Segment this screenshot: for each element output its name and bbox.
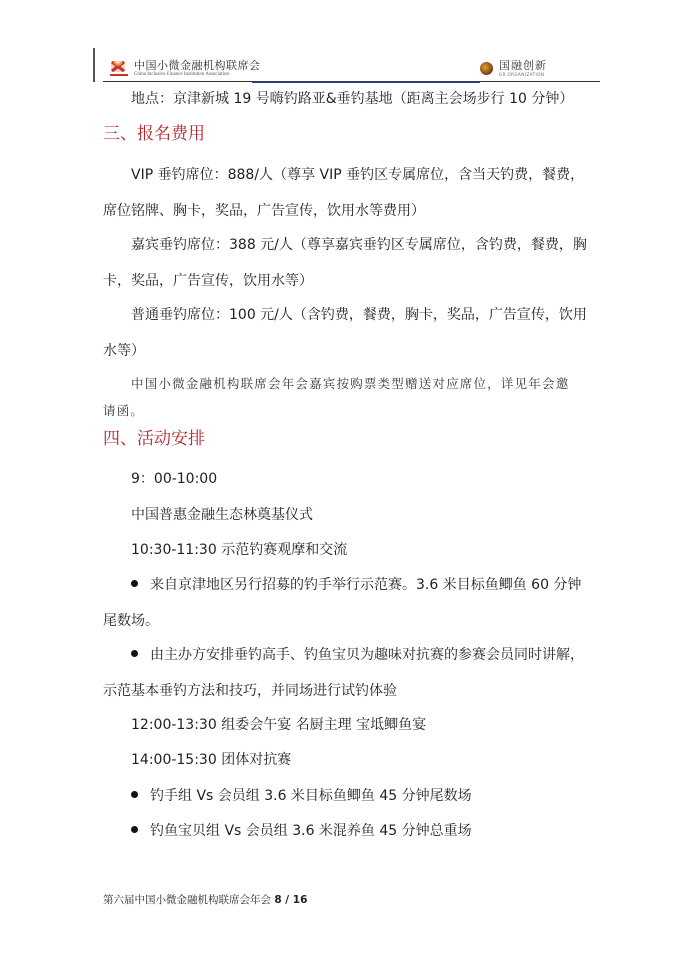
bullet-item-4: 钓鱼宝贝组 Vs 会员组 3.6 米混养鱼 45 分钟总重场 <box>131 822 472 840</box>
header-vertical-rule <box>93 48 95 82</box>
note-line1: 中国小微金融机构联席会年会嘉宾按购票类型赠送对应席位，详见年会邀 <box>131 375 569 393</box>
header-rule-accent <box>252 81 480 83</box>
guorong-logo-icon <box>480 62 493 75</box>
bullet-item-2-text: 由主办方安排垂钓高手、钓鱼宝贝为趣味对抗赛的参赛会员同时讲解， <box>150 647 584 663</box>
bullet-item-2-cont: 示范基本垂钓方法和技巧，并同场进行试钓体验 <box>103 682 397 700</box>
right-logo: 国融创新 GR.ORGANIZATION <box>480 60 547 77</box>
guest-seat-line2: 卡，奖品，广告宣传，饮用水等） <box>103 272 313 290</box>
bullet-icon <box>131 791 138 798</box>
vip-seat-line2: 席位铭牌、胸卡，奖品，广告宣传，饮用水等费用） <box>103 202 425 220</box>
location-line: 地点：京津新城 19 号嗨钓路亚&垂钓基地（距离主会场步行 10 分钟） <box>131 90 573 108</box>
bullet-icon <box>131 650 138 657</box>
schedule-time-1: 9：00-10:00 <box>131 470 217 488</box>
bullet-icon <box>131 580 138 587</box>
schedule-time-4: 14:00-15:30 团体对抗赛 <box>131 751 291 769</box>
bullet-item-1-text: 来自京津地区另行招募的钓手举行示范赛。3.6 米目标鱼鲫鱼 60 分钟 <box>150 577 581 593</box>
bullet-item-3-text: 钓手组 Vs 会员组 3.6 米目标鱼鲫鱼 45 分钟尾数场 <box>150 788 472 804</box>
page-number: 8 / 16 <box>274 894 307 906</box>
bullet-item-3: 钓手组 Vs 会员组 3.6 米目标鱼鲫鱼 45 分钟尾数场 <box>131 787 472 805</box>
bullet-item-4-text: 钓鱼宝贝组 Vs 会员组 3.6 米混养鱼 45 分钟总重场 <box>150 823 472 839</box>
bullet-item-2: 由主办方安排垂钓高手、钓鱼宝贝为趣味对抗赛的参赛会员同时讲解， <box>131 646 584 664</box>
bullet-item-1: 来自京津地区另行招募的钓手举行示范赛。3.6 米目标鱼鲫鱼 60 分钟 <box>131 576 581 594</box>
schedule-time-3: 12:00-13:30 组委会午宴 名厨主理 宝坻鲫鱼宴 <box>131 716 426 734</box>
left-logo: 中国小微金融机构联席会 China Inclusive Finance Inst… <box>110 60 261 78</box>
left-logo-name-cn: 中国小微金融机构联席会 <box>134 60 261 72</box>
left-logo-name-en: China Inclusive Finance Institution Asso… <box>134 72 261 78</box>
schedule-event-1: 中国普惠金融生态林奠基仪式 <box>131 506 313 524</box>
section-heading-fees: 三、报名费用 <box>103 124 205 144</box>
schedule-time-2: 10:30-11:30 示范钓赛观摩和交流 <box>131 541 347 559</box>
guest-seat-line1: 嘉宾垂钓席位：388 元/人（尊享嘉宾垂钓区专属席位，含钓费，餐费，胸 <box>131 236 587 254</box>
right-logo-name-cn: 国融创新 <box>499 60 547 72</box>
footer-title: 第六届中国小微金融机构联席会年会 <box>103 894 271 906</box>
right-logo-name-en: GR.ORGANIZATION <box>499 72 547 77</box>
bullet-icon <box>131 826 138 833</box>
regular-seat-line2: 水等） <box>103 342 145 360</box>
document-page: 中国小微金融机构联席会 China Inclusive Finance Inst… <box>0 0 680 962</box>
association-logo-icon <box>110 60 130 78</box>
bullet-item-1-cont: 尾数场。 <box>103 612 159 630</box>
section-heading-schedule: 四、活动安排 <box>103 429 205 449</box>
page-footer: 第六届中国小微金融机构联席会年会 8 / 16 <box>103 892 307 907</box>
vip-seat-line1: VIP 垂钓席位：888/人（尊享 VIP 垂钓区专属席位，含当天钓费，餐费， <box>131 166 584 184</box>
note-line2: 请函。 <box>103 402 144 420</box>
regular-seat-line1: 普通垂钓席位：100 元/人（含钓费，餐费，胸卡，奖品，广告宣传，饮用 <box>131 306 587 324</box>
